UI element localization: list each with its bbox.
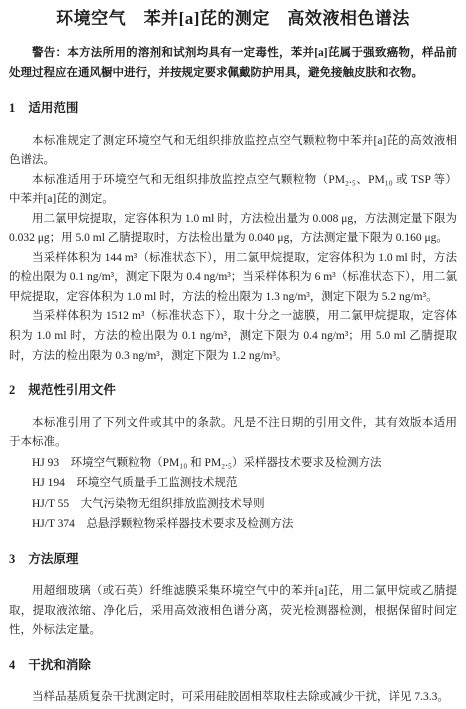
section-scope: 1适用范围 本标准规定了测定环境空气和无组织排放监控点空气颗粒物中苯并[a]芘的… <box>9 100 457 366</box>
section-heading: 1适用范围 <box>9 100 457 118</box>
section-number: 4 <box>9 657 15 675</box>
paragraph: 当采样体积为 1512 m³（标准状态下），取十分之一滤膜，用二氯甲烷提取，定容… <box>9 307 457 366</box>
paragraph: 用二氯甲烷提取，定容体积为 1.0 ml 时，方法检出量为 0.008 μg，方… <box>9 210 457 249</box>
section-number: 3 <box>9 551 15 569</box>
reference-item: HJ/T 374 总悬浮颗粒物采样器技术要求及检测方法 <box>32 514 457 534</box>
paragraph: 当样品基质复杂干扰测定时，可采用硅胶固相萃取柱去除或减少干扰，详见 7.3.3。 <box>9 688 457 708</box>
section-number: 1 <box>9 100 15 118</box>
warning-paragraph: 警告：本方法所用的溶剂和试剂均具有一定毒性，苯并[a]芘属于强致癌物，样品前处理… <box>9 43 457 84</box>
section-heading: 4干扰和消除 <box>9 657 457 675</box>
reference-item: HJ 93 环境空气颗粒物（PM₁₀ 和 PM₂.₅）采样器技术要求及检测方法 <box>32 453 457 473</box>
section-interference-elimination: 4干扰和消除 当样品基质复杂干扰测定时，可采用硅胶固相萃取柱去除或减少干扰，详见… <box>9 657 457 708</box>
section-heading-label: 适用范围 <box>28 101 78 115</box>
document-page: 环境空气 苯并[a]芘的测定 高效液相色谱法 警告：本方法所用的溶剂和试剂均具有… <box>0 0 466 709</box>
paragraph: 本标准引用了下列文件或其中的条款。凡是不注日期的引用文件，其有效版本适用于本标准… <box>9 414 457 453</box>
page-title: 环境空气 苯并[a]芘的测定 高效液相色谱法 <box>9 7 457 32</box>
section-heading-label: 干扰和消除 <box>28 658 91 672</box>
reference-item: HJ/T 55 大气污染物无组织排放监测技术导则 <box>32 494 457 514</box>
section-heading-label: 规范性引用文件 <box>28 383 116 397</box>
paragraph: 用超细玻璃（或石英）纤维滤膜采集环境空气中的苯并[a]芘，用二氯甲烷或乙腈提取，… <box>9 582 457 641</box>
section-normative-references: 2规范性引用文件 本标准引用了下列文件或其中的条款。凡是不注日期的引用文件，其有… <box>9 382 457 534</box>
reference-item: HJ 194 环境空气质量手工监测技术规范 <box>32 473 457 493</box>
section-method-principle: 3方法原理 用超细玻璃（或石英）纤维滤膜采集环境空气中的苯并[a]芘，用二氯甲烷… <box>9 551 457 641</box>
paragraph: 本标准规定了测定环境空气和无组织排放监控点空气颗粒物中苯并[a]芘的高效液相色谱… <box>9 132 457 171</box>
section-heading-label: 方法原理 <box>28 552 78 566</box>
section-number: 2 <box>9 382 15 400</box>
paragraph: 当采样体积为 144 m³（标准状态下），用二氯甲烷提取，定容体积为 1.0 m… <box>9 249 457 308</box>
paragraph: 本标准适用于环境空气和无组织排放监控点空气颗粒物（PM₂.₅、PM₁₀ 或 TS… <box>9 171 457 210</box>
section-heading: 3方法原理 <box>9 551 457 569</box>
section-heading: 2规范性引用文件 <box>9 382 457 400</box>
